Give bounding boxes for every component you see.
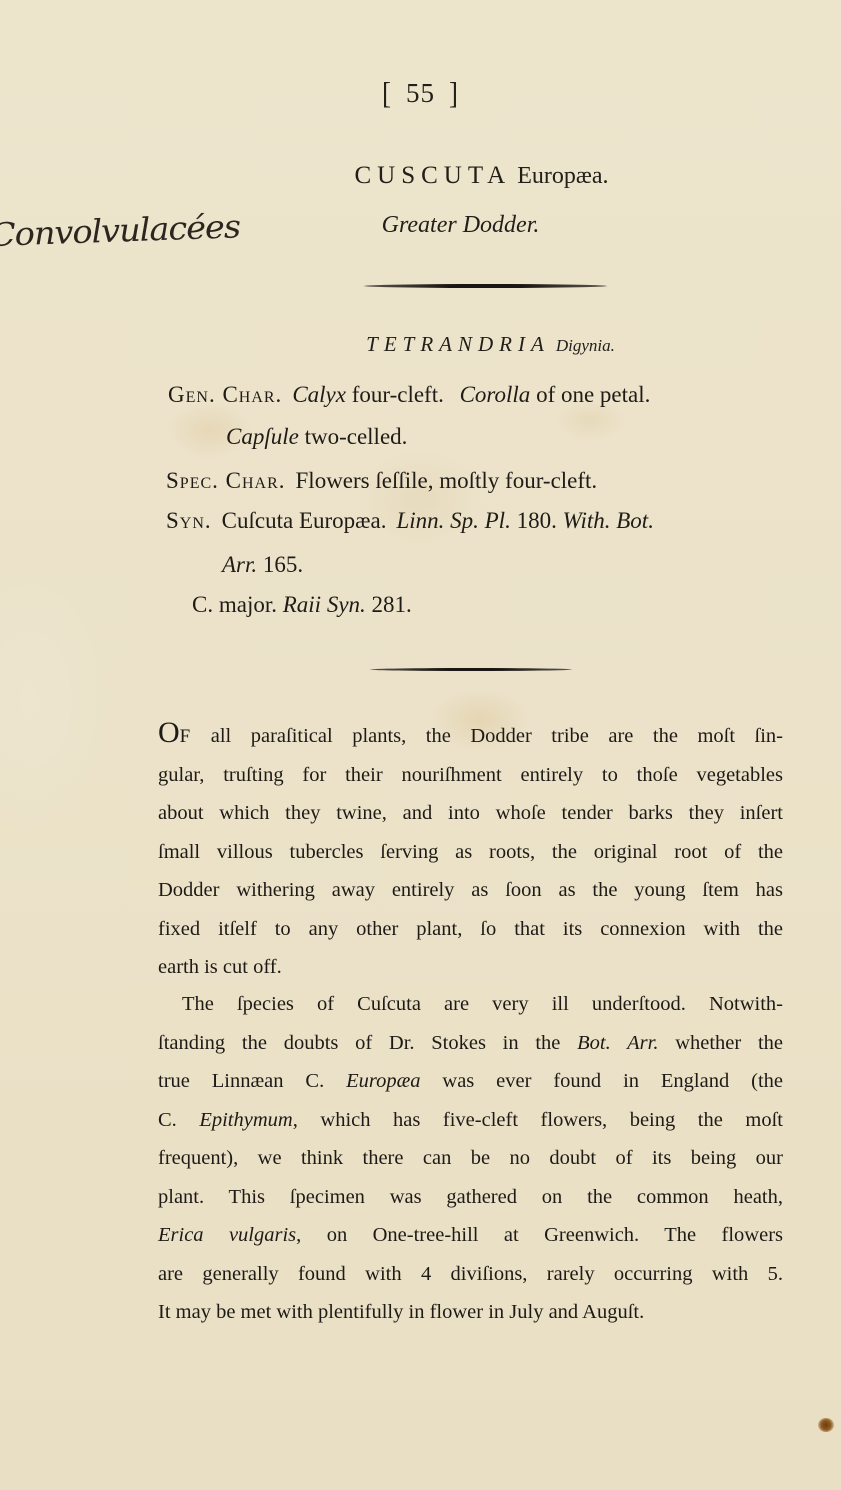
syn-ref-arr-page: 165. [257, 552, 303, 577]
text-line: It may be met with plentifully in flower… [158, 1293, 783, 1332]
book-page: [55] CUSCUTAEuropæa. Greater Dodder. Con… [0, 0, 841, 1490]
specific-character: Spec. Char.Flowers ſeſſile, moſtly four-… [166, 468, 597, 494]
syn-ref-linnaeus: Linn. Sp. Pl. [396, 508, 510, 533]
italic-reference: Bot. Arr. [577, 1032, 658, 1054]
paragraph-2: The ſpecies of Cuſcuta are very ill unde… [158, 985, 783, 1332]
generic-character: Gen. Char.Calyx four-cleft. Corolla of o… [168, 382, 650, 408]
genus-name: CUSCUTA [355, 162, 512, 189]
syn-c-major: C. major. [192, 592, 283, 617]
calyx-term: Calyx [292, 382, 346, 407]
text-line: ſtanding the doubts of Dr. Stokes in the… [158, 1024, 783, 1063]
text-line: gular, truſting for their nouriſhment en… [158, 756, 783, 795]
line-text: all paraſitical plants, the Dodder tribe… [191, 725, 783, 747]
page-number: [55] [0, 78, 841, 109]
syn-ref-arr: Arr. [222, 552, 257, 577]
spec-char-text: Flowers ſeſſile, moſtly four-cleft. [296, 468, 598, 493]
spec-char-label: Spec. Char. [166, 468, 286, 493]
italic-species: Erica vulgaris [158, 1224, 296, 1246]
generic-character-continued: Capſule two-celled. [226, 424, 407, 450]
syn-ref-ray-page: 281. [366, 592, 412, 617]
syn-ref-ray: Raii Syn. [283, 592, 366, 617]
text-line: C. Epithymum, which has five-cleft flowe… [158, 1101, 783, 1140]
order-name: Digynia. [556, 336, 615, 355]
line-text: , on One-tree-hill at Greenwich. The flo… [296, 1224, 783, 1246]
text-line: Erica vulgaris, on One-tree-hill at Gree… [158, 1216, 783, 1255]
page-number-value: 55 [406, 78, 435, 108]
decorative-rule-top [364, 284, 607, 288]
line-text: true Linnæan C. [158, 1070, 346, 1092]
syn-text: Cuſcuta Europæa. [222, 508, 387, 533]
class-name: TETRANDRIA [366, 332, 550, 356]
text-line: OF all paraſitical plants, the Dodder tr… [158, 717, 783, 756]
syn-ref-linnaeus-page: 180. [511, 508, 563, 533]
corolla-desc: of one petal. [530, 382, 650, 407]
text-line: about which they twine, and into whoſe t… [158, 794, 783, 833]
text-line: earth is cut off. [158, 948, 783, 987]
paragraph-1: OF all paraſitical plants, the Dodder tr… [158, 717, 783, 987]
text-line: The ſpecies of Cuſcuta are very ill unde… [158, 985, 783, 1024]
bracket-open: [ [382, 76, 392, 112]
synonymy: Syn.Cuſcuta Europæa.Linn. Sp. Pl. 180. W… [166, 508, 654, 534]
syn-label: Syn. [166, 508, 212, 533]
capsule-term: Capſule [226, 424, 299, 449]
text-line: frequent), we think there can be no doub… [158, 1139, 783, 1178]
handwritten-annotation: Convolvulacées [0, 207, 241, 254]
calyx-desc: four-cleft. [346, 382, 450, 407]
line-text: C. [158, 1109, 199, 1131]
drop-cap: O [158, 716, 180, 749]
foxing-spot [818, 1418, 834, 1432]
linnaean-classification: TETRANDRIADigynia. [0, 332, 841, 357]
synonymy-ray: C. major. Raii Syn. 281. [192, 592, 412, 618]
text-line: are generally found with 4 diviſions, ra… [158, 1255, 783, 1294]
corolla-term: Corolla [460, 382, 531, 407]
text-line: ſmall villous tubercles ſerving as roots… [158, 833, 783, 872]
species-title: CUSCUTAEuropæa. [0, 160, 841, 190]
decorative-rule-middle [370, 668, 572, 671]
drop-cap-rest: F [180, 726, 192, 747]
text-line: fixed itſelf to any other plant, ſo that… [158, 910, 783, 949]
species-name: Europæa. [517, 163, 608, 189]
italic-species: Epithymum [199, 1109, 292, 1131]
text-line: Dodder withering away entirely as ſoon a… [158, 871, 783, 910]
text-line: true Linnæan C. Europæa was ever found i… [158, 1062, 783, 1101]
syn-ref-withering: With. Bot. [563, 508, 654, 533]
line-text: whether the [658, 1032, 783, 1054]
line-text: , which has five-cleft flowers, being th… [293, 1109, 783, 1131]
capsule-desc: two-celled. [299, 424, 408, 449]
italic-species: Europæa [346, 1070, 420, 1092]
line-text: ſtanding the doubts of Dr. Stokes in the [158, 1032, 577, 1054]
bracket-close: ] [449, 76, 459, 112]
synonymy-continued: Arr. 165. [222, 552, 303, 578]
text-line: plant. This ſpecimen was gathered on the… [158, 1178, 783, 1217]
gen-char-label: Gen. Char. [168, 382, 282, 407]
line-text: was ever found in England (the [421, 1070, 783, 1092]
